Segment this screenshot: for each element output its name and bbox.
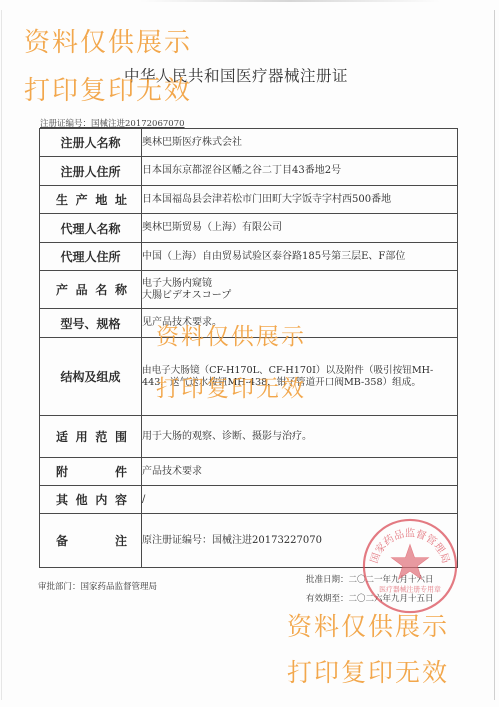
certificate-table: 注册人名称 奥林巴斯医疗株式会社 注册人住所 日本国东京都涩谷区幡之谷二丁目43… — [39, 128, 458, 568]
table-row: 备 注 原注册证编号：国械注进20173227070 — [40, 514, 458, 568]
label-char: 注 — [115, 532, 127, 549]
value-line: 大腸ビデオスコープ — [142, 290, 457, 302]
row-value: 日本国东京都涩谷区幡之谷二丁目43番地2号 — [142, 157, 458, 186]
row-value: 用于大肠的观察、诊断、摄影与治疗。 — [142, 416, 458, 458]
label-char: 名 — [95, 281, 107, 298]
value-line: / — [142, 494, 457, 506]
valid-until-value: 二〇二六年九月十五日 — [349, 594, 434, 604]
table-row: 其 他 内 容 / — [40, 486, 458, 514]
row-value: 见产品技术要求。 — [142, 309, 458, 338]
label-char: 备 — [56, 532, 68, 549]
label-char: 范 — [95, 428, 107, 445]
row-label: 其 他 内 容 — [40, 486, 142, 514]
label-char: 品 — [76, 281, 88, 298]
watermark-display-only: 资料仅供展示 — [24, 22, 192, 59]
approval-date: 批准日期：二〇二一年九月十六日 — [306, 573, 434, 585]
row-label: 注册人住所 — [40, 157, 142, 186]
label-char: 他 — [76, 491, 88, 508]
row-label: 型号、规格 — [40, 309, 142, 338]
value-text: 由电子大肠镜（CF-H170L、CF-H170I）以及附件（吸引按钮MH-443… — [142, 365, 457, 388]
row-value: 产品技术要求 — [142, 458, 458, 486]
value-line: 见产品技术要求。 — [142, 317, 457, 329]
value-line: 原注册证编号：国械注进20173227070 — [142, 535, 457, 547]
label-char: 内 — [95, 491, 107, 508]
value-line: 日本国福岛县会津若松市门田町大字饭寺字村西500番地 — [142, 194, 457, 206]
row-label: 附 件 — [40, 458, 142, 486]
label-char: 产 — [76, 191, 88, 208]
table-row: 代理人住所 中国（上海）自由贸易试验区泰谷路185号第三层E、F部位 — [40, 243, 458, 271]
table-row: 附 件 产品技术要求 — [40, 458, 458, 486]
row-value: 由电子大肠镜（CF-H170L、CF-H170I）以及附件（吸引按钮MH-443… — [142, 338, 458, 416]
approval-department-value: 国家药品监督管理局 — [81, 582, 158, 592]
scan-edge — [140, 0, 440, 2]
row-label: 备 注 — [40, 514, 142, 568]
table-row: 适 用 范 围 用于大肠的观察、诊断、摄影与治疗。 — [40, 416, 458, 458]
label-char: 附 — [56, 463, 68, 480]
valid-until: 有效期至：二〇二六年九月十五日 — [306, 592, 434, 604]
row-value: 日本国福岛县会津若松市门田町大字饭寺字村西500番地 — [142, 186, 458, 214]
label-char: 件 — [115, 463, 127, 480]
value-line: 用于大肠的观察、诊断、摄影与治疗。 — [142, 431, 457, 443]
row-value: 中国（上海）自由贸易试验区泰谷路185号第三层E、F部位 — [142, 243, 458, 271]
approval-department-label: 审批部门： — [38, 582, 81, 592]
valid-until-label: 有效期至： — [306, 594, 349, 604]
label-char: 适 — [56, 428, 68, 445]
watermark-display-only: 资料仅供展示 — [287, 607, 449, 643]
row-value: 奥林巴斯贸易（上海）有限公司 — [142, 214, 458, 243]
label-char: 其 — [56, 491, 68, 508]
label-char: 地 — [95, 191, 107, 208]
row-value: / — [142, 486, 458, 514]
label-char: 容 — [115, 491, 127, 508]
value-line: 日本国东京都涩谷区幡之谷二丁目43番地2号 — [142, 165, 457, 177]
row-label: 结构及组成 — [40, 338, 142, 416]
table-row: 代理人名称 奥林巴斯贸易（上海）有限公司 — [40, 214, 458, 243]
certificate-title: 中华人民共和国医疗器械注册证 — [124, 64, 384, 86]
label-char: 产 — [56, 281, 68, 298]
row-label: 生 产 地 址 — [40, 186, 142, 214]
row-value: 奥林巴斯医疗株式会社 — [142, 129, 458, 157]
row-label: 代理人名称 — [40, 214, 142, 243]
label-char: 址 — [115, 191, 127, 208]
table-row: 结构及组成 由电子大肠镜（CF-H170L、CF-H170I）以及附件（吸引按钮… — [40, 338, 458, 416]
row-label: 适 用 范 围 — [40, 416, 142, 458]
watermark-copy-invalid: 打印复印无效 — [287, 653, 449, 689]
table-row: 注册人名称 奥林巴斯医疗株式会社 — [40, 129, 458, 157]
approval-date-value: 二〇二一年九月十六日 — [349, 575, 434, 585]
table-row: 型号、规格 见产品技术要求。 — [40, 309, 458, 338]
table-row: 生 产 地 址 日本国福岛县会津若松市门田町大字饭寺字村西500番地 — [40, 186, 458, 214]
value-line: 奥林巴斯医疗株式会社 — [142, 137, 457, 149]
label-char: 称 — [115, 281, 127, 298]
approval-date-label: 批准日期： — [306, 575, 349, 585]
row-label: 注册人名称 — [40, 129, 142, 157]
value-line: 电子大肠内窥镜 — [142, 278, 457, 290]
value-line: 中国（上海）自由贸易试验区泰谷路185号第三层E、F部位 — [142, 251, 457, 263]
row-value: 电子大肠内窥镜 大腸ビデオスコープ — [142, 271, 458, 309]
label-char: 围 — [115, 428, 127, 445]
value-line: 奥林巴斯贸易（上海）有限公司 — [142, 222, 457, 234]
table-row: 注册人住所 日本国东京都涩谷区幡之谷二丁目43番地2号 — [40, 157, 458, 186]
scan-edge — [1, 10, 2, 700]
row-value: 原注册证编号：国械注进20173227070 — [142, 514, 458, 568]
row-label: 代理人住所 — [40, 243, 142, 271]
approval-department: 审批部门：国家药品监督管理局 — [38, 580, 157, 592]
label-char: 生 — [56, 191, 68, 208]
label-char: 用 — [76, 428, 88, 445]
value-line: 产品技术要求 — [142, 466, 457, 478]
table-row: 产 品 名 称 电子大肠内窥镜 大腸ビデオスコープ — [40, 271, 458, 309]
row-label: 产 品 名 称 — [40, 271, 142, 309]
scan-edge — [494, 10, 495, 700]
certificate-page: 中华人民共和国医疗器械注册证 注册证编号：国械注进20172067070 注册人… — [0, 0, 499, 707]
